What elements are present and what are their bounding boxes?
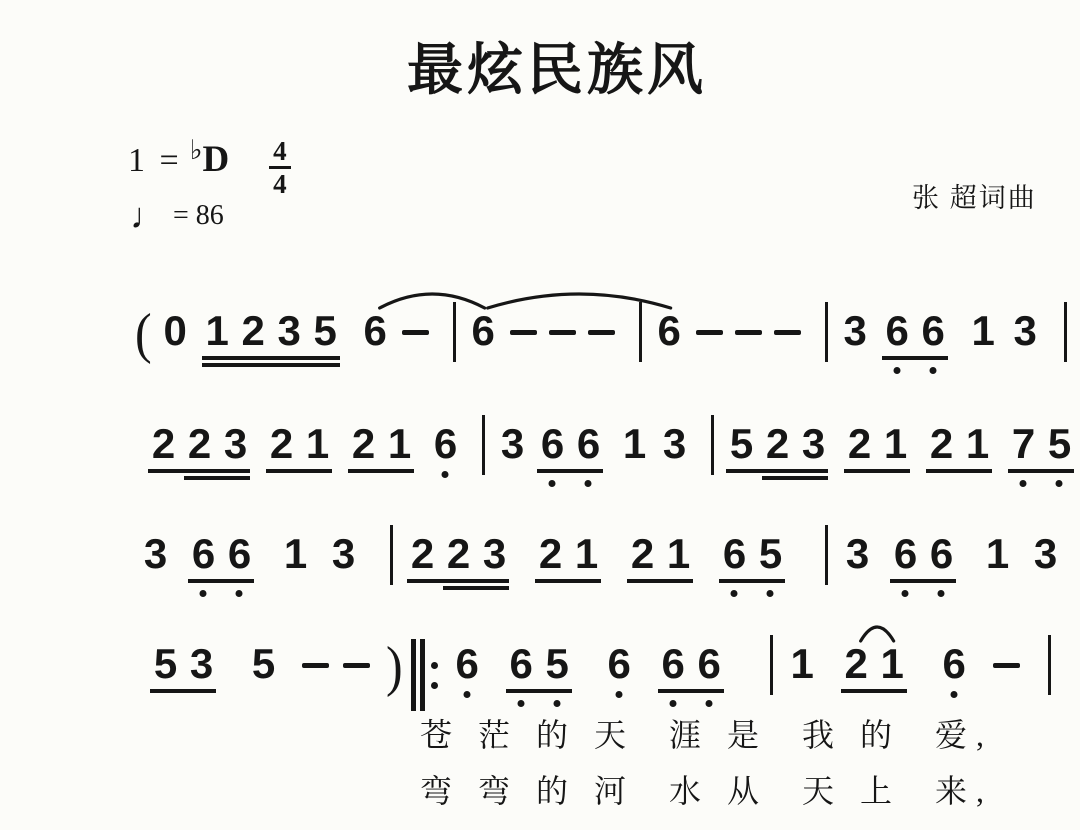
note: 5 xyxy=(1044,423,1074,495)
note: 3 xyxy=(842,533,872,605)
low-octave-dot xyxy=(893,367,900,374)
note: 1 xyxy=(787,643,817,715)
note: 1 xyxy=(962,423,992,495)
note-digit: 5 xyxy=(726,423,756,465)
beam-line xyxy=(537,469,603,473)
note-digit: 6 xyxy=(939,643,969,685)
note-digit: 3 xyxy=(140,533,170,575)
beam-group: 21 xyxy=(535,533,607,605)
quarter-note-icon: ♩ xyxy=(130,198,166,234)
beam-line xyxy=(266,469,332,473)
note: 3 xyxy=(220,423,250,495)
note-digit: 2 xyxy=(238,310,268,352)
barline xyxy=(1064,302,1067,362)
note-digit: 6 xyxy=(573,423,603,465)
note-digit: 1 xyxy=(571,533,601,575)
note: 6 xyxy=(939,643,969,715)
note-digit: 3 xyxy=(220,423,250,465)
low-octave-dot xyxy=(950,691,957,698)
note-digit: 5 xyxy=(248,643,278,685)
note: 6 xyxy=(573,423,603,495)
note: 6 xyxy=(694,643,724,715)
barline xyxy=(1048,635,1051,695)
close-paren: ) xyxy=(386,640,403,692)
beam-line xyxy=(148,469,250,473)
note-digit: 3 xyxy=(798,423,828,465)
composer-credit: 张 超词曲 xyxy=(912,176,1037,215)
note-digit: 2 xyxy=(148,423,178,465)
note-digit: 5 xyxy=(150,643,180,685)
dash-extender xyxy=(549,330,576,335)
beam-line xyxy=(726,469,828,473)
beam-group: 66 xyxy=(658,643,730,715)
score-line-2: 2232121636613523212175 xyxy=(148,423,1080,495)
tempo-marking: ♩ = 86 xyxy=(130,198,224,234)
beam-group: 21 xyxy=(926,423,998,495)
dash-extender xyxy=(510,330,537,335)
note-digit: 2 xyxy=(407,533,437,575)
beam-group: 1235 xyxy=(202,310,346,382)
beam-line xyxy=(348,469,414,473)
note-digit: 6 xyxy=(926,533,956,575)
note: 6 xyxy=(882,310,912,382)
note: 6 xyxy=(506,643,536,715)
score-line-1: (0123566636613 xyxy=(135,310,1079,382)
note: 2 xyxy=(407,533,437,605)
score-line-4: 535)6656661216 xyxy=(150,643,1065,715)
note: 6 xyxy=(360,310,390,382)
note: 6 xyxy=(537,423,567,495)
beam-group: 65 xyxy=(719,533,791,605)
repeat-barline xyxy=(411,639,416,711)
note: 1 xyxy=(571,533,601,605)
note-digit: 6 xyxy=(224,533,254,575)
low-octave-dot xyxy=(731,590,738,597)
beam-line xyxy=(188,579,254,583)
note-digit: 6 xyxy=(890,533,920,575)
beam-line xyxy=(890,579,956,583)
dash-extender xyxy=(302,663,329,668)
note: 3 xyxy=(140,533,170,605)
note-digit: 6 xyxy=(468,310,498,352)
note-digit: 2 xyxy=(627,533,657,575)
low-octave-dot xyxy=(929,367,936,374)
dash-extender xyxy=(588,330,615,335)
tempo-value: = 86 xyxy=(173,200,224,232)
note-digit: 6 xyxy=(882,310,912,352)
beam-group: 65 xyxy=(506,643,578,715)
time-signature-denominator: 4 xyxy=(269,169,291,199)
note: 6 xyxy=(452,643,482,715)
barline xyxy=(825,302,828,362)
note: 3 xyxy=(274,310,304,382)
time-signature: 4 4 xyxy=(269,136,291,199)
note-digit: 5 xyxy=(310,310,340,352)
note: 1 xyxy=(302,423,332,495)
repeat-dot xyxy=(431,662,438,669)
note: 6 xyxy=(719,533,749,605)
note-digit: 3 xyxy=(1030,533,1060,575)
note: 6 xyxy=(188,533,218,605)
note-digit: 3 xyxy=(840,310,870,352)
note-digit: 6 xyxy=(537,423,567,465)
note: 2 xyxy=(266,423,296,495)
barline xyxy=(639,302,642,362)
barline xyxy=(711,415,714,475)
note-digit: 6 xyxy=(188,533,218,575)
note-digit: 2 xyxy=(535,533,565,575)
note: 5 xyxy=(150,643,180,715)
note: 1 xyxy=(877,643,907,715)
note-digit: 1 xyxy=(982,533,1012,575)
note-digit: 6 xyxy=(430,423,460,465)
note-digit: 2 xyxy=(443,533,473,575)
beam-group: 21 xyxy=(266,423,338,495)
beam-group: 21 xyxy=(844,423,916,495)
beam-group: 75 xyxy=(1008,423,1080,495)
note: 6 xyxy=(430,423,460,495)
beam-group: 53 xyxy=(150,643,222,715)
beam-line xyxy=(627,579,693,583)
note: 5 xyxy=(542,643,572,715)
low-octave-dot xyxy=(517,700,524,707)
beam-line xyxy=(202,363,340,367)
low-octave-dot xyxy=(615,691,622,698)
score-line-3: 3661322321216536613 xyxy=(140,533,1080,605)
dash-extender xyxy=(774,330,801,335)
low-octave-dot xyxy=(938,590,945,597)
dash-extender xyxy=(696,330,723,335)
note: 1 xyxy=(619,423,649,495)
note-digit: 2 xyxy=(926,423,956,465)
beam-group: 523 xyxy=(726,423,834,495)
beam-group: 223 xyxy=(407,533,515,605)
note: 7 xyxy=(1008,423,1038,495)
low-octave-dot xyxy=(463,691,470,698)
note: 3 xyxy=(479,533,509,605)
time-signature-numerator: 4 xyxy=(269,136,291,169)
low-octave-dot xyxy=(549,480,556,487)
note-digit: 6 xyxy=(918,310,948,352)
dash-extender xyxy=(402,330,429,335)
key-and-meter: 1 = ♭ D 4 4 xyxy=(128,138,291,199)
beam-line xyxy=(1008,469,1074,473)
note: 2 xyxy=(238,310,268,382)
note-digit: 3 xyxy=(274,310,304,352)
note: 1 xyxy=(202,310,232,382)
key-label: 1 = xyxy=(128,142,182,180)
note: 5 xyxy=(248,643,278,715)
note: 6 xyxy=(468,310,498,382)
note: 3 xyxy=(659,423,689,495)
note-digit: 3 xyxy=(659,423,689,465)
beam-group: 21 xyxy=(627,533,699,605)
note: 5 xyxy=(755,533,785,605)
note-digit: 2 xyxy=(184,423,214,465)
note: 1 xyxy=(880,423,910,495)
open-paren: ( xyxy=(135,307,152,359)
note-digit: 6 xyxy=(452,643,482,685)
note-digit: 1 xyxy=(619,423,649,465)
beam-group: 66 xyxy=(890,533,962,605)
note: 0 xyxy=(160,310,190,382)
note: 3 xyxy=(186,643,216,715)
song-title: 最炫民族风 xyxy=(0,26,1080,106)
repeat-start-sign xyxy=(411,639,438,711)
note-digit: 2 xyxy=(762,423,792,465)
note-digit: 3 xyxy=(842,533,872,575)
note: 2 xyxy=(148,423,178,495)
note-digit: 1 xyxy=(280,533,310,575)
low-octave-dot xyxy=(442,471,449,478)
note-digit: 5 xyxy=(755,533,785,575)
note: 6 xyxy=(224,533,254,605)
lyrics-line-1: 苍 茫 的 天 涯 是 我 的 爱, xyxy=(420,710,993,756)
barline xyxy=(390,525,393,585)
dash-extender xyxy=(343,663,370,668)
note: 2 xyxy=(184,423,214,495)
low-octave-dot xyxy=(669,700,676,707)
note-digit: 1 xyxy=(384,423,414,465)
note: 6 xyxy=(926,533,956,605)
barline xyxy=(482,415,485,475)
note: 6 xyxy=(890,533,920,605)
note: 2 xyxy=(844,423,874,495)
flat-sign-icon: ♭ xyxy=(190,135,203,166)
beam-line xyxy=(882,356,948,360)
note-digit: 6 xyxy=(360,310,390,352)
low-octave-dot xyxy=(236,590,243,597)
beam-line xyxy=(841,689,907,693)
beam-group: 223 xyxy=(148,423,256,495)
note: 5 xyxy=(310,310,340,382)
note: 6 xyxy=(658,643,688,715)
barline xyxy=(825,525,828,585)
key-note: D xyxy=(202,138,229,181)
key-signature: 1 = ♭ D xyxy=(128,138,229,181)
note-digit: 3 xyxy=(328,533,358,575)
repeat-dots xyxy=(431,639,438,711)
note: 2 xyxy=(762,423,792,495)
note: 5 xyxy=(726,423,756,495)
note: 2 xyxy=(627,533,657,605)
note-digit: 5 xyxy=(542,643,572,685)
repeat-barline xyxy=(420,639,425,711)
sheet-music-page: 最炫民族风 1 = ♭ D 4 4 ♩ = 86 张 超词曲 (01235666… xyxy=(0,0,1080,830)
note-digit: 3 xyxy=(186,643,216,685)
note: 1 xyxy=(280,533,310,605)
note-digit: 3 xyxy=(497,423,527,465)
note-digit: 1 xyxy=(787,643,817,685)
note-digit: 2 xyxy=(266,423,296,465)
note: 6 xyxy=(918,310,948,382)
beam-group: 21 xyxy=(841,643,913,715)
beam-line xyxy=(150,689,216,693)
note: 3 xyxy=(1030,533,1060,605)
note: 3 xyxy=(328,533,358,605)
low-octave-dot xyxy=(200,590,207,597)
barline xyxy=(453,302,456,362)
beam-group: 66 xyxy=(188,533,260,605)
beam-line xyxy=(202,356,340,360)
note: 2 xyxy=(443,533,473,605)
repeat-dot xyxy=(431,682,438,689)
beam-group: 21 xyxy=(348,423,420,495)
beam-line xyxy=(535,579,601,583)
note: 3 xyxy=(497,423,527,495)
dash-extender xyxy=(993,663,1020,668)
note: 6 xyxy=(654,310,684,382)
note-digit: 6 xyxy=(654,310,684,352)
dash-extender xyxy=(735,330,762,335)
note-digit: 7 xyxy=(1008,423,1038,465)
beam-line xyxy=(184,476,250,480)
note-digit: 0 xyxy=(160,310,190,352)
low-octave-dot xyxy=(767,590,774,597)
note: 2 xyxy=(348,423,378,495)
note-digit: 5 xyxy=(1044,423,1074,465)
note: 3 xyxy=(1010,310,1040,382)
note: 2 xyxy=(926,423,956,495)
note-digit: 2 xyxy=(348,423,378,465)
note-digit: 2 xyxy=(841,643,871,685)
lyrics-line-2: 弯 弯 的 河 水 从 天 上 来, xyxy=(420,766,993,812)
note-digit: 6 xyxy=(694,643,724,685)
note-digit: 1 xyxy=(968,310,998,352)
low-octave-dot xyxy=(1020,480,1027,487)
note-digit: 3 xyxy=(479,533,509,575)
low-octave-dot xyxy=(902,590,909,597)
beam-line xyxy=(719,579,785,583)
note-digit: 1 xyxy=(877,643,907,685)
note: 1 xyxy=(982,533,1012,605)
beam-line xyxy=(407,579,509,583)
beam-line xyxy=(443,586,509,590)
beam-line xyxy=(506,689,572,693)
beam-line xyxy=(926,469,992,473)
note: 6 xyxy=(604,643,634,715)
note-digit: 6 xyxy=(604,643,634,685)
low-octave-dot xyxy=(705,700,712,707)
note: 1 xyxy=(384,423,414,495)
beam-line xyxy=(658,689,724,693)
low-octave-dot xyxy=(1056,480,1063,487)
note-digit: 1 xyxy=(880,423,910,465)
note: 2 xyxy=(535,533,565,605)
note-digit: 1 xyxy=(202,310,232,352)
note: 1 xyxy=(968,310,998,382)
note-digit: 6 xyxy=(506,643,536,685)
low-octave-dot xyxy=(553,700,560,707)
beam-line xyxy=(762,476,828,480)
beam-group: 66 xyxy=(882,310,954,382)
note: 1 xyxy=(663,533,693,605)
note-digit: 1 xyxy=(962,423,992,465)
note-digit: 3 xyxy=(1010,310,1040,352)
note-digit: 6 xyxy=(719,533,749,575)
barline xyxy=(770,635,773,695)
note-digit: 6 xyxy=(658,643,688,685)
note: 3 xyxy=(840,310,870,382)
low-octave-dot xyxy=(585,480,592,487)
note-digit: 1 xyxy=(663,533,693,575)
beam-line xyxy=(844,469,910,473)
note: 3 xyxy=(798,423,828,495)
note: 2 xyxy=(841,643,871,715)
note-digit: 2 xyxy=(844,423,874,465)
note-digit: 1 xyxy=(302,423,332,465)
beam-group: 66 xyxy=(537,423,609,495)
